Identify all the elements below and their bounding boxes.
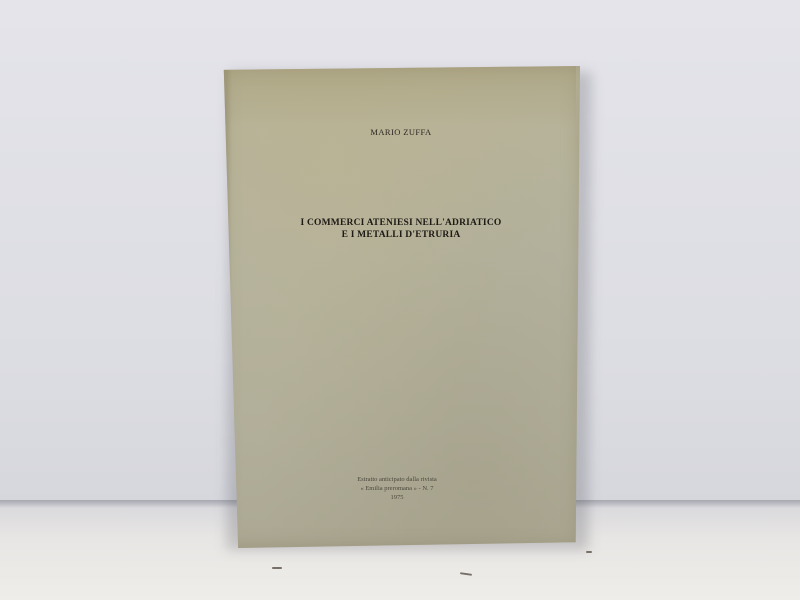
cover-stain xyxy=(226,66,576,126)
author-name: MARIO ZUFFA xyxy=(222,127,580,137)
title-line-1: I COMMERCI ATENIESI NELL'ADRIATICO xyxy=(222,217,580,229)
booklet-cover: MARIO ZUFFA I COMMERCI ATENIESI NELL'ADR… xyxy=(222,66,580,548)
booklet-title: I COMMERCI ATENIESI NELL'ADRIATICO E I M… xyxy=(222,217,580,241)
floor-mark xyxy=(586,551,592,553)
floor-mark xyxy=(272,567,282,569)
imprint-line-2: « Emilia preromana » - N. 7 xyxy=(222,484,572,493)
imprint-year: 1975 xyxy=(222,493,572,502)
title-line-2: E I METALLI D'ETRURIA xyxy=(222,229,580,241)
imprint: Estratto anticipato dalla rivista « Emil… xyxy=(222,475,572,502)
imprint-line-1: Estratto anticipato dalla rivista xyxy=(222,475,572,484)
